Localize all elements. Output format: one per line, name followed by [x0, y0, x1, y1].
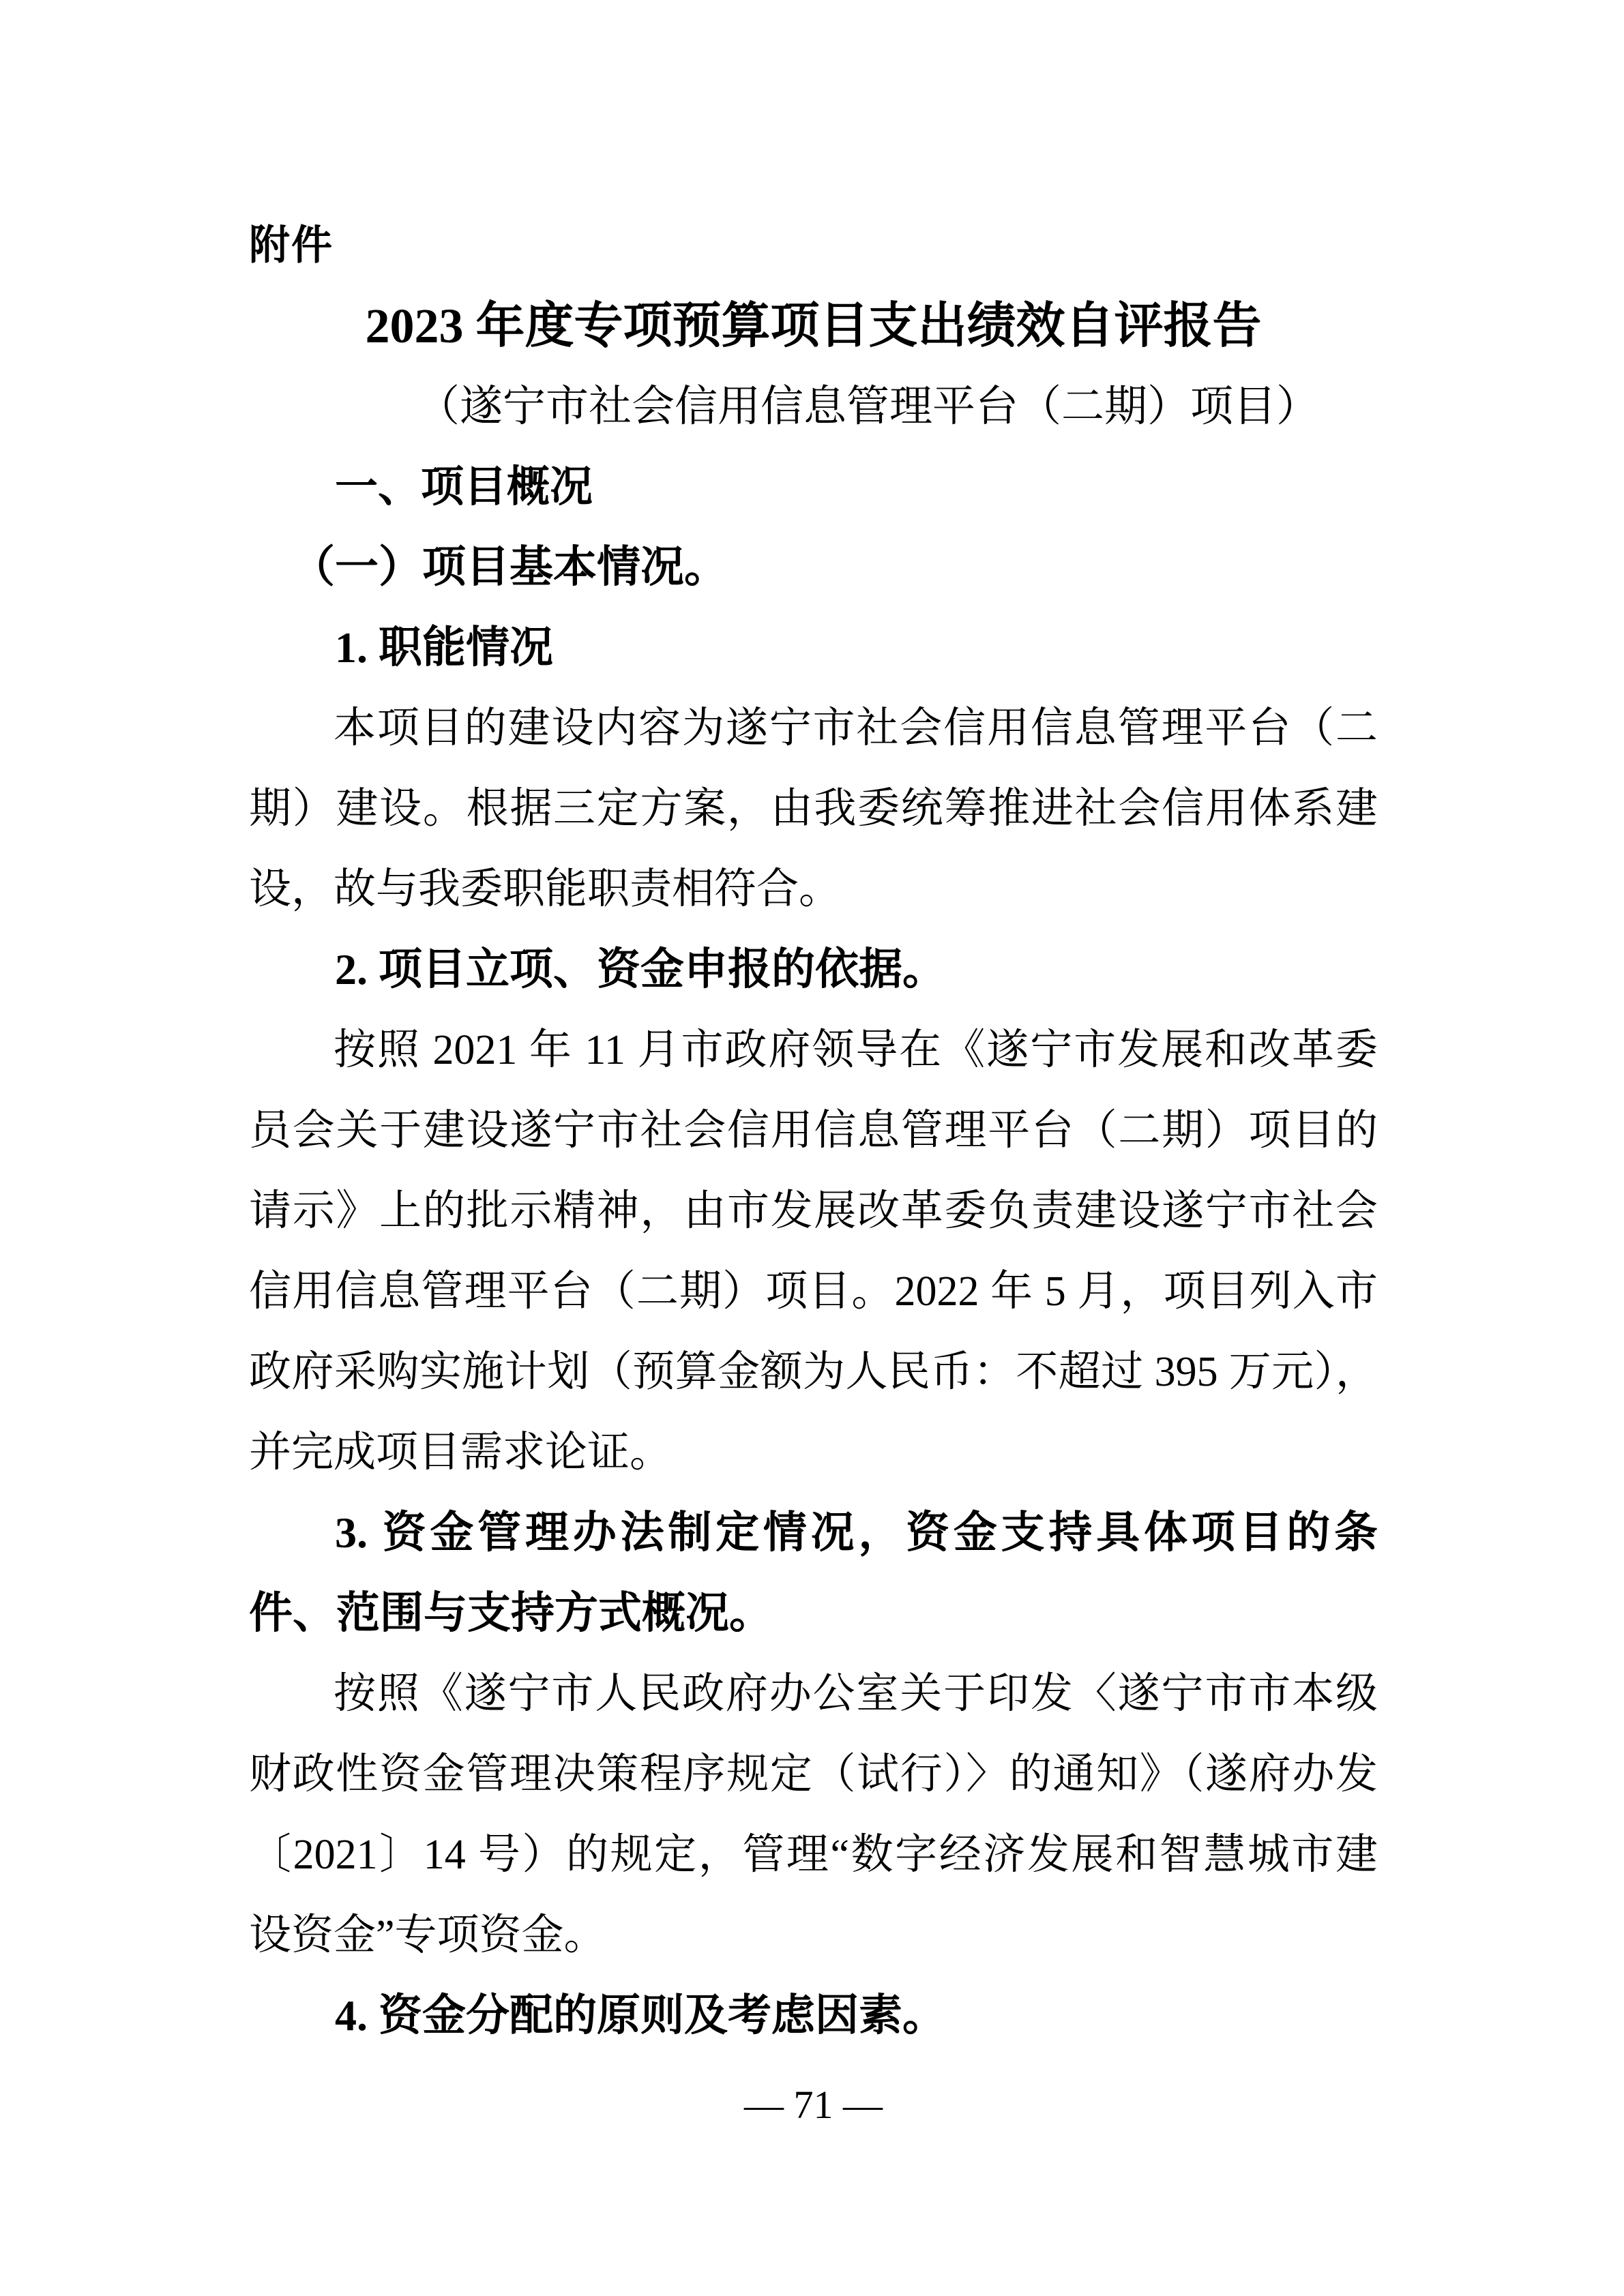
document-subtitle: （遂宁市社会信用信息管理平台（二期）项目） [304, 366, 1432, 447]
section-heading-project-overview: 一、项目概况 [249, 447, 1378, 527]
document-page: 附件 2023 年度专项预算项目支出绩效自评报告 （遂宁市社会信用信息管理平台（… [0, 0, 1624, 2296]
numbered-heading-4-fund-allocation: 4. 资金分配的原则及考虑因素。 [249, 1976, 1378, 2056]
numbered-heading-2-project-approval: 2. 项目立项、资金申报的依据。 [249, 929, 1378, 1010]
document-content: 附件 2023 年度专项预算项目支出绩效自评报告 （遂宁市社会信用信息管理平台（… [249, 205, 1378, 2145]
subsection-heading-basic-situation: （一）项目基本情况。 [249, 527, 1378, 608]
paragraph-fund-management: 按照《遂宁市人民政府办公室关于印发〈遂宁市市本级财政性资金管理决策程序规定（试行… [249, 1654, 1378, 1976]
document-title: 2023 年度专项预算项目支出绩效自评报告 [249, 286, 1378, 366]
attachment-label: 附件 [249, 205, 1378, 286]
paragraph-functions: 本项目的建设内容为遂宁市社会信用信息管理平台（二期）建设。根据三定方案，由我委统… [249, 688, 1378, 929]
numbered-heading-1-functions: 1. 职能情况 [249, 608, 1378, 688]
page-number: — 71 — [249, 2065, 1378, 2145]
numbered-heading-3-fund-management: 3. 资金管理办法制定情况，资金支持具体项目的条件、范围与支持方式概况。 [249, 1493, 1378, 1654]
paragraph-project-approval: 按照 2021 年 11 月市政府领导在《遂宁市发展和改革委员会关于建设遂宁市社… [249, 1010, 1378, 1493]
